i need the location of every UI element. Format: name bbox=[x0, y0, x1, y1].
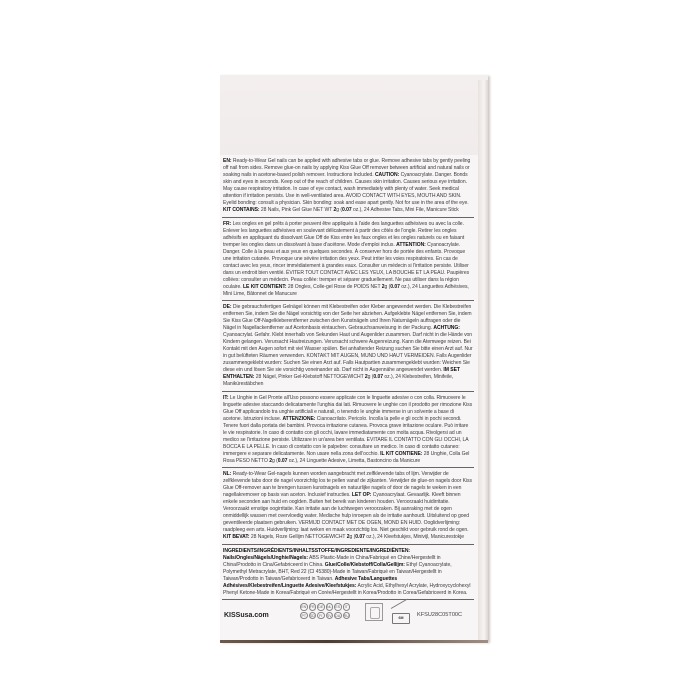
product-code: KFSU28C05T00C bbox=[417, 612, 462, 618]
period-after-opening-icon: 6M bbox=[390, 602, 412, 624]
lang-circle-icon: PT bbox=[300, 612, 308, 620]
package-top-flap bbox=[220, 75, 488, 156]
lang-code: IT: bbox=[223, 395, 228, 401]
section-nl: NL: Ready-to-Wear Gel-nagels kunnen word… bbox=[222, 471, 474, 545]
lang-circle-icon: DA bbox=[334, 612, 342, 620]
section-ingredients: INGREDIENTS/INGRÉDIENTS/INHALTSSTOFFE/IN… bbox=[222, 548, 474, 601]
section-fr: FR: Les ongles en gel prêts à porter peu… bbox=[222, 221, 474, 302]
lang-circle-icon: NL bbox=[326, 603, 334, 611]
lang-circle-icon: SV bbox=[326, 612, 334, 620]
kit-label: KIT CONTAINS: bbox=[223, 207, 260, 213]
kit-label: KIT BEVAT: bbox=[223, 534, 250, 540]
lang-code: NL: bbox=[223, 471, 231, 477]
warning-label: ATTENTION: bbox=[396, 242, 426, 248]
jar-lid-icon bbox=[391, 599, 408, 609]
kit-label: LE KIT CONTIENT: bbox=[243, 284, 287, 290]
package-footer: KISSusa.com EN FR DE NL ES IT PT SD FI S… bbox=[222, 600, 476, 630]
package-side-fold bbox=[478, 80, 488, 642]
warning-label: LET OP: bbox=[352, 492, 372, 498]
lang-circle-icon: SD bbox=[309, 612, 317, 620]
section-de: DE: Die gebrauchsfertigen Gelnägel könne… bbox=[222, 304, 474, 392]
lang-circle-icon: IT bbox=[343, 603, 351, 611]
lang-code: FR: bbox=[223, 221, 231, 227]
lang-circle-icon: DE bbox=[317, 603, 325, 611]
warning-label: ATTENZIONE: bbox=[282, 416, 315, 422]
label-text-block: EN: Ready-to-Wear Gel nails can be appli… bbox=[222, 158, 474, 603]
website-url: KISSusa.com bbox=[224, 612, 269, 619]
lang-code: EN: bbox=[223, 158, 232, 164]
language-code-icons: EN FR DE NL ES IT PT SD FI SV DA RU bbox=[300, 603, 356, 619]
ingredients-heading: INGREDIENTS/INGRÉDIENTS/INHALTSSTOFFE/IN… bbox=[223, 548, 410, 554]
lang-code: DE: bbox=[223, 304, 232, 310]
lang-circle-icon: EN bbox=[300, 603, 308, 611]
pao-label: 6M bbox=[392, 613, 410, 624]
lang-circle-icon: FI bbox=[317, 612, 325, 620]
kit-label: IL KIT CONTIENE: bbox=[380, 451, 422, 457]
warning-label: ACHTUNG: bbox=[433, 325, 460, 331]
lang-circle-icon: RU bbox=[343, 612, 351, 620]
lang-circle-icon: FR bbox=[309, 603, 317, 611]
section-it: IT: Le Unghie in Gel Pronte all'Uso poss… bbox=[222, 395, 474, 469]
lang-circle-icon: ES bbox=[334, 603, 342, 611]
warning-label: CAUTION: bbox=[375, 172, 399, 178]
package-bottom-edge bbox=[220, 640, 488, 643]
read-instructions-icon bbox=[365, 603, 383, 621]
section-en: EN: Ready-to-Wear Gel nails can be appli… bbox=[222, 158, 474, 218]
